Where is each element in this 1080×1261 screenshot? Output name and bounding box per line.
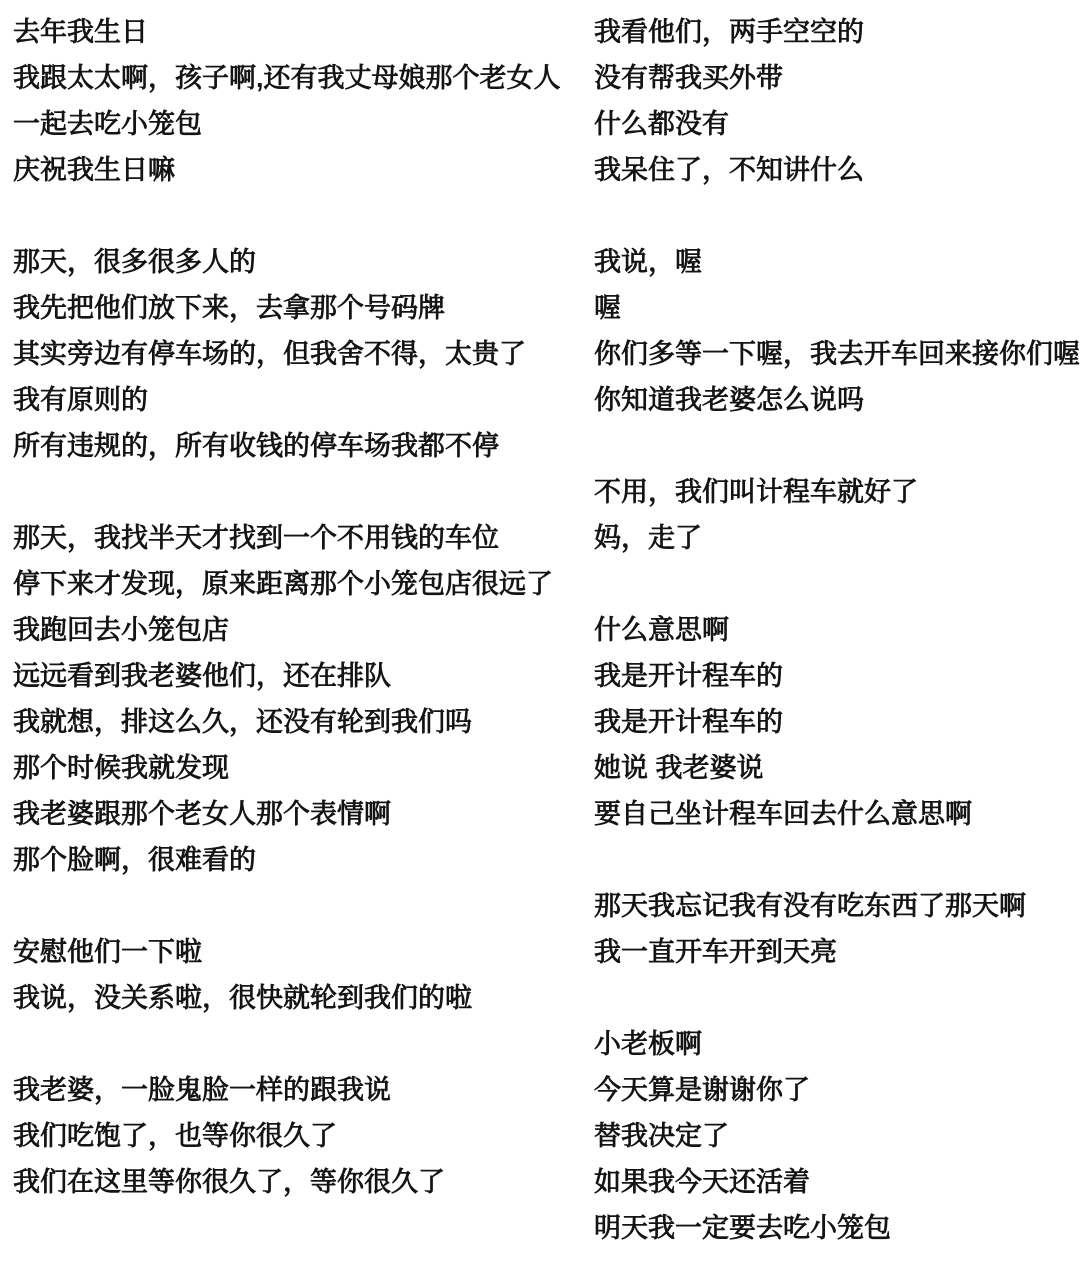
transcript-paragraph: 什么意思啊我是开计程车的我是开计程车的她说 我老婆说要自己坐计程车回去什么意思啊 <box>594 607 1080 837</box>
transcript-line: 我们在这里等你很久了，等你很久了 <box>13 1159 594 1205</box>
transcript-line: 你们多等一下喔，我去开车回来接你们喔 <box>594 331 1080 377</box>
transcript-paragraph: 小老板啊今天算是谢谢你了替我决定了如果我今天还活着明天我一定要去吃小笼包 <box>594 1021 1080 1251</box>
transcript-line: 什么意思啊 <box>594 607 1080 653</box>
transcript-paragraph: 那天我忘记我有没有吃东西了那天啊我一直开车开到天亮 <box>594 883 1080 975</box>
transcript-line: 要自己坐计程车回去什么意思啊 <box>594 791 1080 837</box>
transcript-line: 你知道我老婆怎么说吗 <box>594 377 1080 423</box>
transcript-line: 安慰他们一下啦 <box>13 929 594 975</box>
transcript-line: 小老板啊 <box>594 1021 1080 1067</box>
transcript-line: 所有违规的，所有收钱的停车场我都不停 <box>13 423 594 469</box>
transcript-paragraph: 安慰他们一下啦我说，没关系啦，很快就轮到我们的啦 <box>13 929 594 1021</box>
transcript-line: 今天算是谢谢你了 <box>594 1067 1080 1113</box>
transcript-line: 一起去吃小笼包 <box>13 101 594 147</box>
transcript-line: 喔 <box>594 285 1080 331</box>
transcript-line: 我呆住了，不知讲什么 <box>594 147 1080 193</box>
transcript-line: 没有帮我买外带 <box>594 55 1080 101</box>
transcript-line: 其实旁边有停车场的，但我舍不得，太贵了 <box>13 331 594 377</box>
transcript-page: 去年我生日我跟太太啊，孩子啊,还有我丈母娘那个老女人一起去吃小笼包庆祝我生日嘛那… <box>0 0 1080 1251</box>
transcript-column-left: 去年我生日我跟太太啊，孩子啊,还有我丈母娘那个老女人一起去吃小笼包庆祝我生日嘛那… <box>0 9 594 1251</box>
transcript-paragraph: 去年我生日我跟太太啊，孩子啊,还有我丈母娘那个老女人一起去吃小笼包庆祝我生日嘛 <box>13 9 594 193</box>
transcript-line: 我一直开车开到天亮 <box>594 929 1080 975</box>
transcript-line: 替我决定了 <box>594 1113 1080 1159</box>
transcript-line: 我有原则的 <box>13 377 594 423</box>
transcript-line: 妈，走了 <box>594 515 1080 561</box>
transcript-line: 我跟太太啊，孩子啊,还有我丈母娘那个老女人 <box>13 55 594 101</box>
transcript-line: 我们吃饱了，也等你很久了 <box>13 1113 594 1159</box>
transcript-paragraph: 不用，我们叫计程车就好了妈，走了 <box>594 469 1080 561</box>
transcript-line: 我说，喔 <box>594 239 1080 285</box>
transcript-paragraph: 我说，喔喔你们多等一下喔，我去开车回来接你们喔你知道我老婆怎么说吗 <box>594 239 1080 423</box>
transcript-line: 我说，没关系啦，很快就轮到我们的啦 <box>13 975 594 1021</box>
transcript-line: 什么都没有 <box>594 101 1080 147</box>
transcript-line: 庆祝我生日嘛 <box>13 147 594 193</box>
transcript-line: 我看他们，两手空空的 <box>594 9 1080 55</box>
transcript-line: 那个脸啊，很难看的 <box>13 837 594 883</box>
transcript-line: 停下来才发现，原来距离那个小笼包店很远了 <box>13 561 594 607</box>
transcript-line: 我老婆，一脸鬼脸一样的跟我说 <box>13 1067 594 1113</box>
transcript-line: 我就想，排这么久，还没有轮到我们吗 <box>13 699 594 745</box>
transcript-line: 我是开计程车的 <box>594 653 1080 699</box>
transcript-line: 那天我忘记我有没有吃东西了那天啊 <box>594 883 1080 929</box>
transcript-column-right: 我看他们，两手空空的没有帮我买外带什么都没有我呆住了，不知讲什么我说，喔喔你们多… <box>594 9 1080 1251</box>
transcript-line: 她说 我老婆说 <box>594 745 1080 791</box>
transcript-paragraph: 那天，我找半天才找到一个不用钱的车位停下来才发现，原来距离那个小笼包店很远了我跑… <box>13 515 594 883</box>
transcript-line: 我跑回去小笼包店 <box>13 607 594 653</box>
transcript-line: 那天，我找半天才找到一个不用钱的车位 <box>13 515 594 561</box>
transcript-line: 我是开计程车的 <box>594 699 1080 745</box>
transcript-line: 那个时候我就发现 <box>13 745 594 791</box>
transcript-paragraph: 我看他们，两手空空的没有帮我买外带什么都没有我呆住了，不知讲什么 <box>594 9 1080 193</box>
transcript-line: 如果我今天还活着 <box>594 1159 1080 1205</box>
transcript-line: 远远看到我老婆他们，还在排队 <box>13 653 594 699</box>
transcript-line: 不用，我们叫计程车就好了 <box>594 469 1080 515</box>
transcript-line: 我老婆跟那个老女人那个表情啊 <box>13 791 594 837</box>
transcript-line: 去年我生日 <box>13 9 594 55</box>
transcript-line: 我先把他们放下来，去拿那个号码牌 <box>13 285 594 331</box>
transcript-paragraph: 那天，很多很多人的我先把他们放下来，去拿那个号码牌其实旁边有停车场的，但我舍不得… <box>13 239 594 469</box>
transcript-line: 明天我一定要去吃小笼包 <box>594 1205 1080 1251</box>
transcript-paragraph: 我老婆，一脸鬼脸一样的跟我说我们吃饱了，也等你很久了我们在这里等你很久了，等你很… <box>13 1067 594 1205</box>
transcript-line: 那天，很多很多人的 <box>13 239 594 285</box>
